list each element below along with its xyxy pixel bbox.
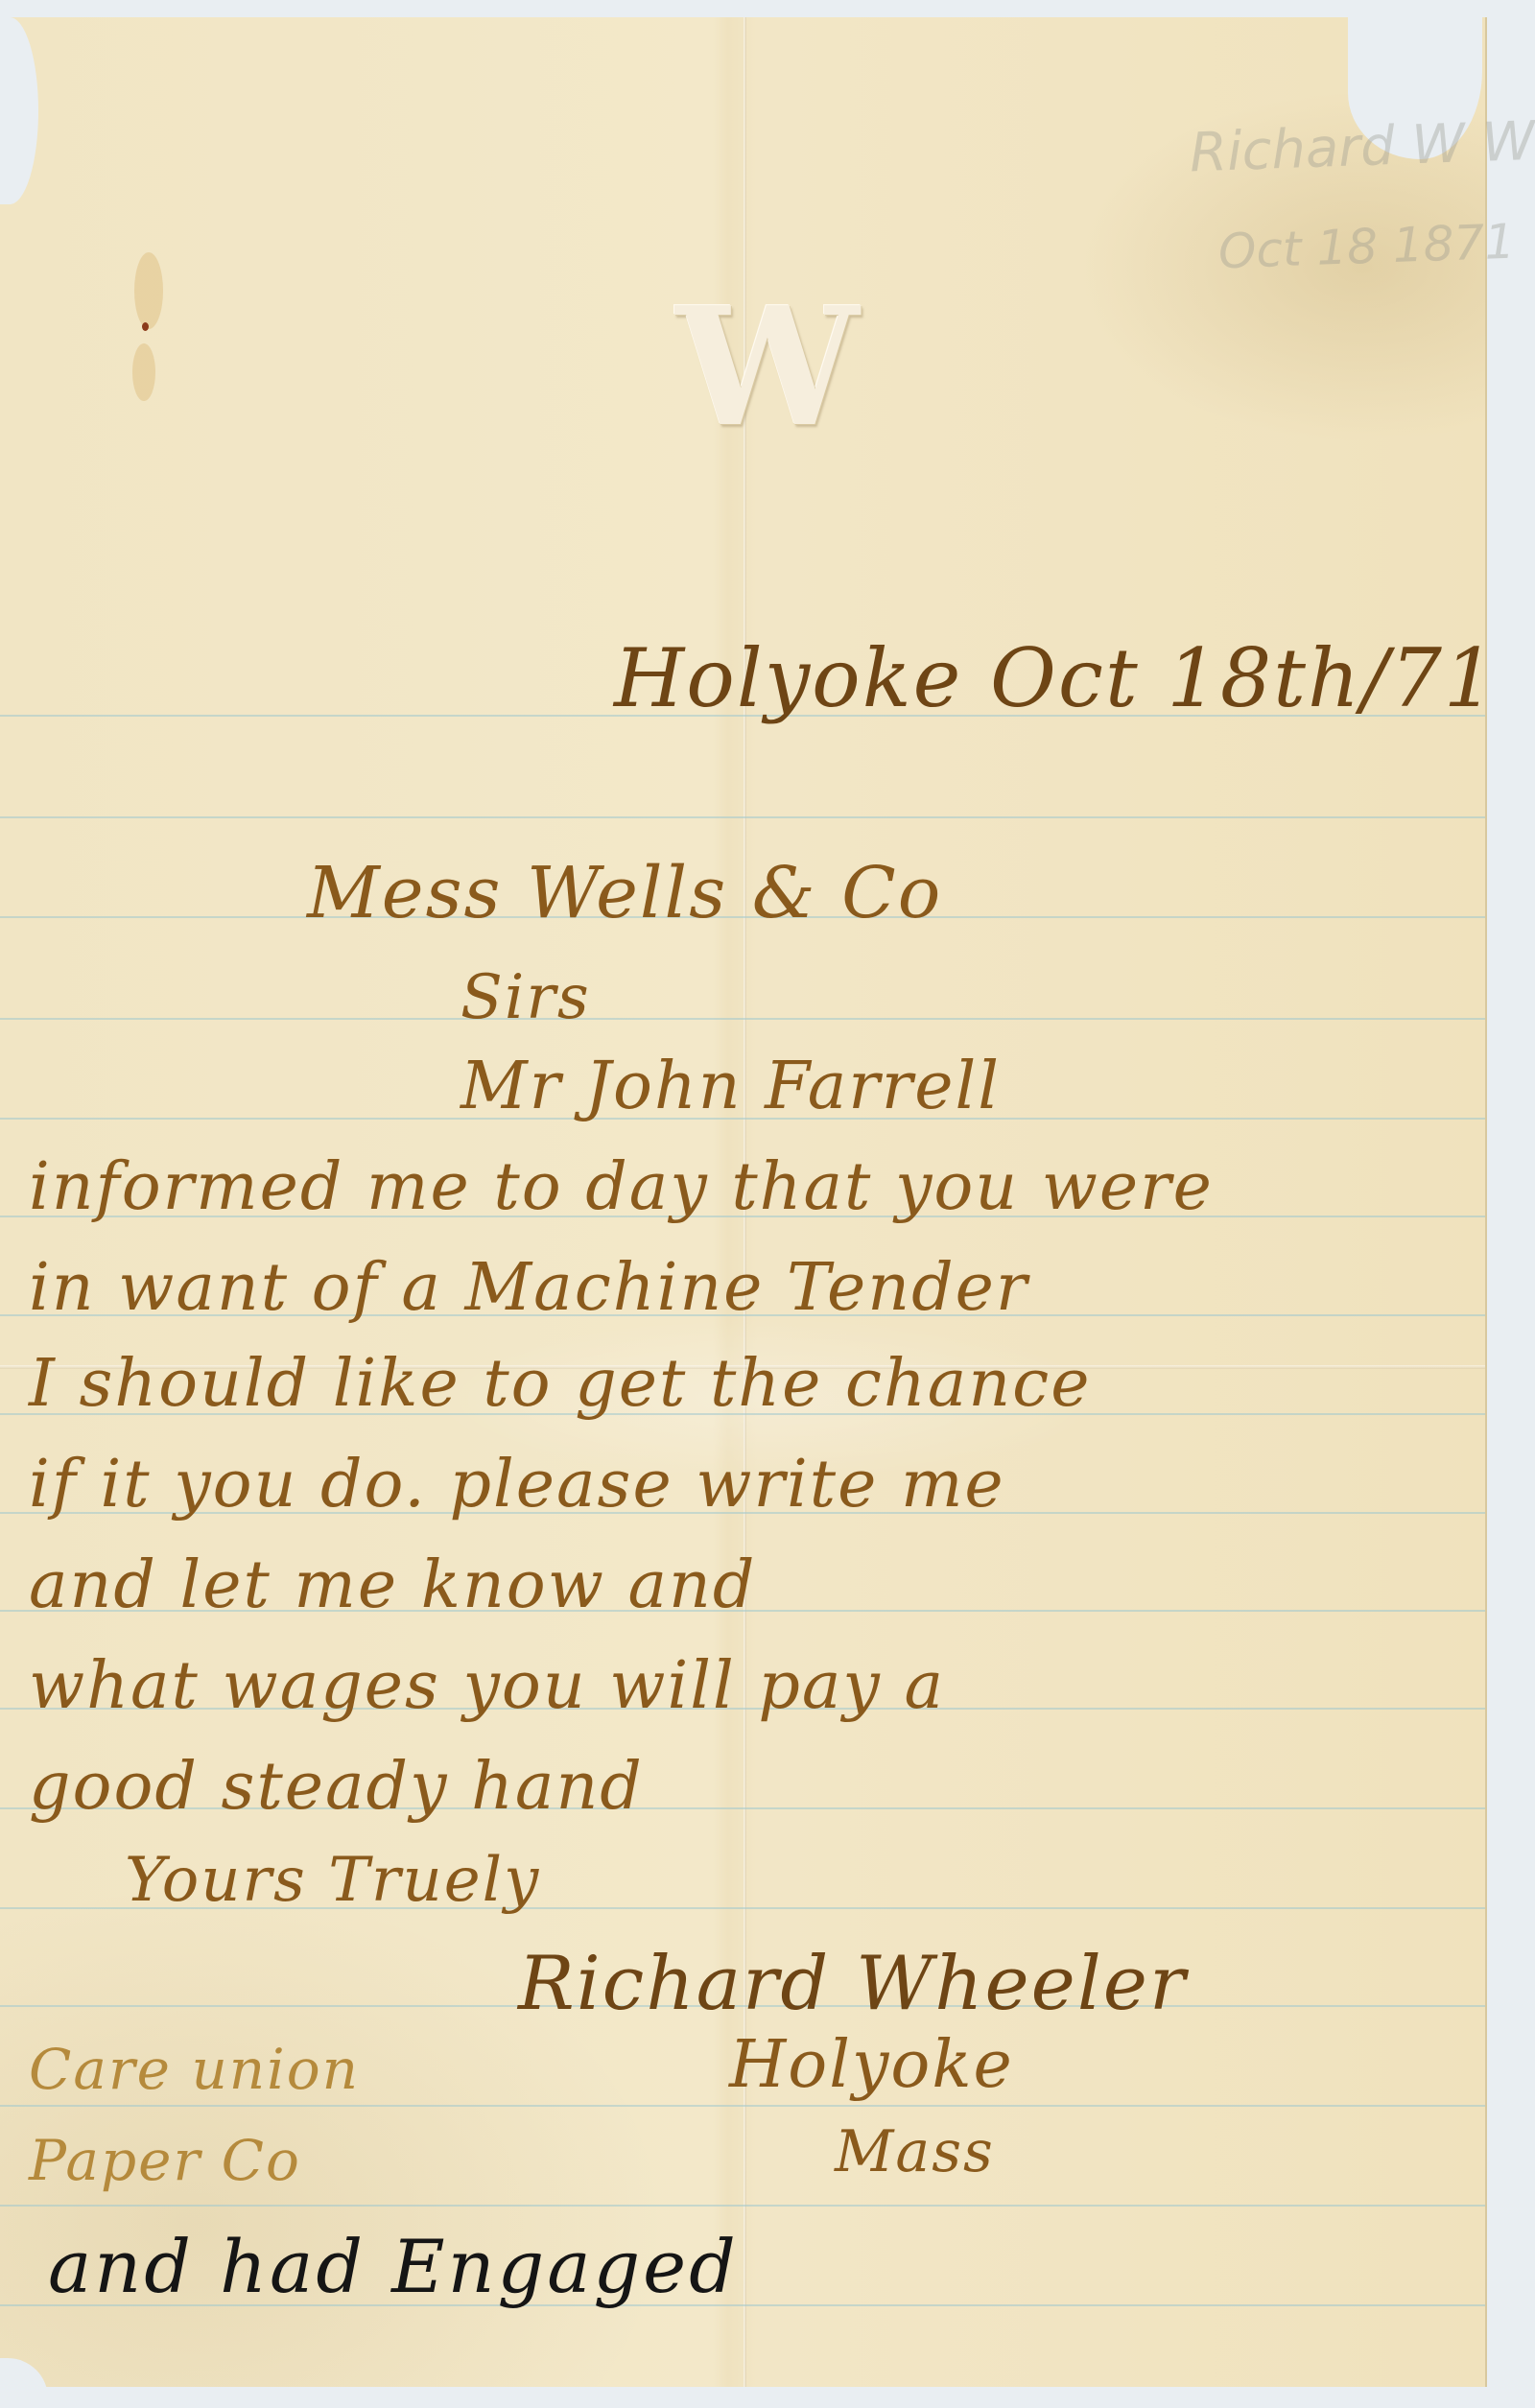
faint-pencil-note-line: Oct 18 1871 bbox=[1217, 214, 1516, 280]
address-left-line: Paper Co bbox=[29, 2128, 301, 2193]
body-line: what wages you will pay a bbox=[29, 1648, 945, 1724]
torn-corner-top-left bbox=[0, 17, 38, 204]
body-line: I should like to get the chance bbox=[29, 1346, 1091, 1422]
salutation: Sirs bbox=[460, 962, 591, 1033]
torn-corner-bottom-left bbox=[0, 2358, 48, 2408]
body-line: in want of a Machine Tender bbox=[29, 1250, 1028, 1326]
water-stain bbox=[132, 343, 155, 401]
body-line: informed me to day that you were bbox=[29, 1149, 1214, 1225]
water-stain bbox=[134, 252, 163, 329]
ruled-line bbox=[0, 816, 1485, 818]
faint-pencil-note-line: Richard W Wheeler bbox=[1189, 105, 1535, 185]
ruled-line bbox=[0, 2205, 1485, 2207]
closing: Yours Truely bbox=[125, 1845, 540, 1916]
ink-spot bbox=[142, 322, 149, 331]
signature: Richard Wheeler bbox=[518, 1941, 1187, 2027]
place-and-date: Holyoke Oct 18th/71 bbox=[614, 631, 1497, 725]
letter-paper: Richard W Wheeler Oct 18 1871 W Holyoke … bbox=[0, 17, 1485, 2387]
address-right-line: Holyoke bbox=[729, 2027, 1014, 2103]
ruled-line bbox=[0, 1018, 1485, 1020]
address-right-line: Mass bbox=[835, 2118, 995, 2185]
ruled-line bbox=[0, 2105, 1485, 2107]
body-line: if it you do. please write me bbox=[29, 1447, 1005, 1523]
body-line: and let me know and bbox=[29, 1547, 756, 1623]
later-annotation: and had Engaged bbox=[48, 2224, 739, 2309]
embossed-monogram: W bbox=[662, 286, 873, 449]
address-left-line: Care union bbox=[29, 2037, 360, 2102]
body-line: good steady hand bbox=[29, 1749, 644, 1825]
recipient: Mess Wells & Co bbox=[307, 852, 942, 934]
body-line: Mr John Farrell bbox=[460, 1049, 1001, 1124]
